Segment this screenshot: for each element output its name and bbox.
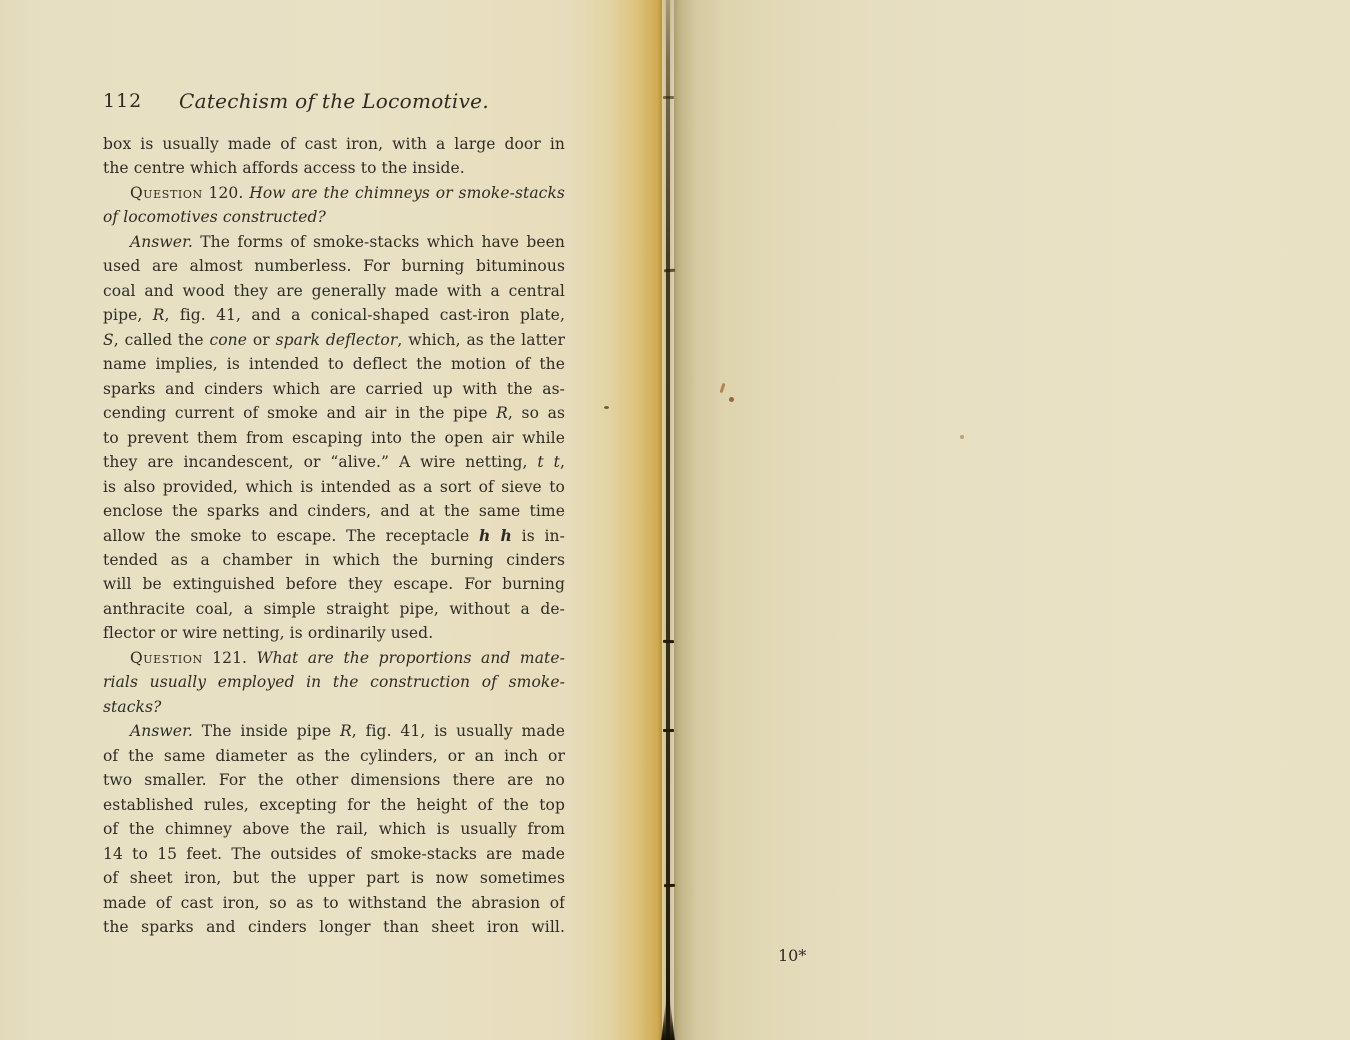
binding-stitch	[664, 884, 675, 887]
text-line: enclose the sparks and cinders, and at t…	[103, 499, 565, 523]
text-segment: of the same diameter as the cylinders, o…	[103, 747, 565, 765]
text-line: Question 120. How are the chimneys or sm…	[103, 181, 565, 205]
text-line: allow the smoke to escape. The receptacl…	[103, 524, 565, 548]
text-segment: name implies, is intended to deflect the…	[103, 355, 565, 373]
text-segment: , fig. 41, and a conical-shaped cast-iro…	[165, 306, 566, 324]
text-segment: h h	[479, 526, 512, 545]
binding-stitch	[663, 729, 674, 732]
text-line: of the chimney above the rail, which is …	[103, 817, 565, 841]
text-line: Answer. The forms of smoke-stacks which …	[103, 230, 565, 254]
text-line: box is usually made of cast iron, with a…	[103, 132, 565, 156]
text-line: rials usually employed in the constructi…	[103, 670, 565, 694]
text-segment: , called the	[114, 331, 210, 349]
left-running-head: Catechism of the Locomotive.	[103, 88, 565, 114]
text-segment: sparks and cinders which are carried up …	[103, 380, 565, 398]
text-line: to prevent them from escaping into the o…	[103, 426, 565, 450]
text-segment: spark deflector	[276, 331, 398, 349]
paper-speck	[604, 406, 609, 409]
text-line: S, called the cone or spark deflector, w…	[103, 328, 565, 352]
text-segment: , fig. 41, is usually made	[352, 722, 565, 740]
text-segment: The forms of smoke-stacks which have bee…	[193, 233, 565, 251]
text-segment: Question	[130, 184, 203, 202]
text-segment: established rules, excepting for the hei…	[103, 796, 565, 814]
text-line: coal and wood they are generally made wi…	[103, 279, 565, 303]
text-line: of the same diameter as the cylinders, o…	[103, 744, 565, 768]
text-segment: enclose the sparks and cinders, and at t…	[103, 502, 565, 520]
text-segment: cending current of smoke and air in the …	[103, 404, 496, 422]
text-segment: , so as	[508, 404, 565, 422]
book-spread: 112 Catechism of the Locomotive. box is …	[0, 0, 1350, 1040]
text-line: will be extinguished before they escape.…	[103, 572, 565, 596]
left-page: 112 Catechism of the Locomotive. box is …	[0, 0, 662, 1040]
text-segment: 14 to 15 feet. The outsides of smoke-sta…	[103, 845, 565, 863]
text-segment: Answer.	[130, 722, 193, 740]
text-segment: is in-	[512, 527, 565, 545]
text-segment: tended as a chamber in which the burning…	[103, 551, 565, 569]
text-line: they are incandescent, or “alive.” A wir…	[103, 450, 565, 474]
text-segment: the sparks and cinders longer than sheet…	[103, 918, 565, 936]
binding-stitch	[663, 640, 674, 643]
text-line: the centre which affords access to the i…	[103, 156, 565, 180]
text-segment: pipe,	[103, 306, 153, 324]
text-line: two smaller. For the other dimensions th…	[103, 768, 565, 792]
binding-stitch	[663, 96, 674, 99]
text-segment: box is usually made of cast iron, with a…	[103, 135, 565, 153]
text-segment: allow the smoke to escape. The receptacl…	[103, 527, 479, 545]
text-line: of locomotives constructed?	[103, 205, 565, 229]
text-line: flector or wire netting, is ordinarily u…	[103, 621, 565, 645]
text-segment: the centre which affords access to the i…	[103, 159, 465, 177]
text-segment: of sheet iron, but the upper part is now…	[103, 869, 565, 887]
left-page-text: box is usually made of cast iron, with a…	[103, 132, 565, 939]
text-line: stacks?	[103, 695, 565, 719]
text-segment: to prevent them from escaping into the o…	[103, 429, 565, 447]
text-line: anthracite coal, a simple straight pipe,…	[103, 597, 565, 621]
text-segment: anthracite coal, a simple straight pipe,…	[103, 600, 565, 618]
right-page: The Locomotive Boiler. 113 For very warm…	[674, 0, 1350, 1040]
paper-speck	[729, 397, 734, 402]
text-segment: coal and wood they are generally made wi…	[103, 282, 565, 300]
text-segment: made of cast iron, so as to withstand th…	[103, 894, 565, 912]
text-line: cending current of smoke and air in the …	[103, 401, 565, 425]
text-line: made of cast iron, so as to withstand th…	[103, 891, 565, 915]
text-segment: they are incandescent, or “alive.” A wir…	[103, 453, 537, 471]
left-page-header: 112 Catechism of the Locomotive.	[103, 88, 565, 114]
paper-speck	[960, 435, 964, 439]
text-segment: of locomotives constructed?	[103, 208, 326, 226]
text-line: the sparks and cinders longer than sheet…	[103, 915, 565, 939]
text-segment: 121.	[203, 649, 257, 667]
text-line: pipe, R, fig. 41, and a conical-shaped c…	[103, 303, 565, 327]
text-segment: or	[247, 331, 276, 349]
text-line: is also provided, which is intended as a…	[103, 475, 565, 499]
text-segment: R	[340, 722, 352, 740]
text-segment: is also provided, which is intended as a…	[103, 478, 565, 496]
text-segment: cone	[209, 331, 247, 349]
text-segment: will be extinguished before they escape.…	[103, 575, 565, 593]
text-segment: How are the chimneys or smoke-stacks	[249, 184, 565, 202]
text-line: 14 to 15 feet. The outsides of smoke-sta…	[103, 842, 565, 866]
text-line: Question 121. What are the proportions a…	[103, 646, 565, 670]
text-segment: stacks?	[103, 698, 161, 716]
text-line: of sheet iron, but the upper part is now…	[103, 866, 565, 890]
text-line: used are almost numberless. For burning …	[103, 254, 565, 278]
text-segment: S	[103, 331, 114, 349]
text-segment: R	[496, 404, 508, 422]
text-segment: Question	[130, 649, 203, 667]
text-line: tended as a chamber in which the burning…	[103, 548, 565, 572]
binding-stitch	[664, 269, 675, 273]
text-line: name implies, is intended to deflect the…	[103, 352, 565, 376]
text-line: established rules, excepting for the hei…	[103, 793, 565, 817]
text-segment: What are the proportions and mate-	[257, 649, 565, 667]
text-line: sparks and cinders which are carried up …	[103, 377, 565, 401]
text-segment: ,	[560, 453, 565, 471]
text-segment: rials usually employed in the constructi…	[103, 673, 565, 691]
text-segment: used are almost numberless. For burning …	[103, 257, 565, 275]
text-segment: flector or wire netting, is ordinarily u…	[103, 624, 433, 642]
text-segment: of the chimney above the rail, which is …	[103, 820, 565, 838]
text-line: Answer. The inside pipe R, fig. 41, is u…	[103, 719, 565, 743]
text-segment: , which, as the latter	[397, 331, 565, 349]
text-segment: two smaller. For the other dimensions th…	[103, 771, 565, 789]
text-segment: t t	[537, 453, 560, 471]
left-page-number: 112	[103, 88, 142, 114]
signature-mark: 10*	[674, 944, 1134, 968]
text-segment: 120.	[203, 184, 250, 202]
text-segment: R	[153, 306, 165, 324]
text-segment: The inside pipe	[193, 722, 340, 740]
text-segment: Answer.	[130, 233, 193, 251]
